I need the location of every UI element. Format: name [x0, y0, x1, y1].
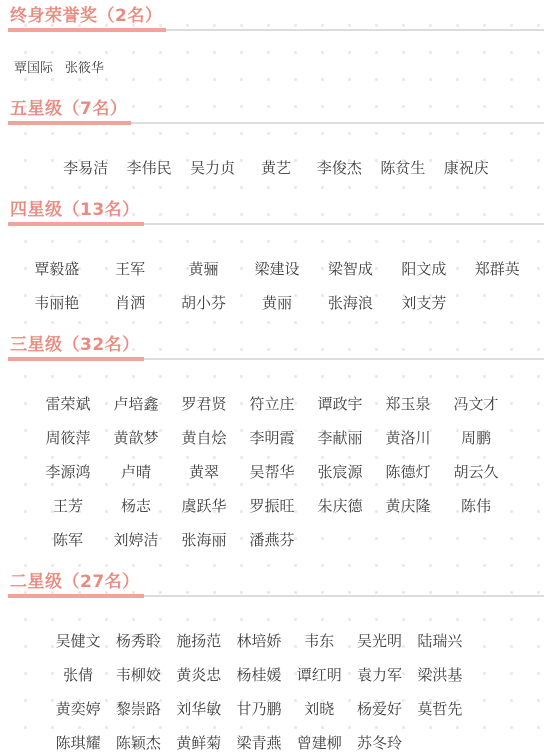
award-list-page: 终身荣誉奖（2名） 覃国际张筱华 五星级（7名） 李易洁李伟民吴力贞黄艺李俊杰陈…: [0, 0, 554, 753]
member-name: 覃国际: [14, 60, 53, 77]
member-name: 张海丽: [170, 531, 238, 550]
name-list: 吴健文杨秀聆施扬范林培娇韦东吴光明陆瑞兴张倩韦柳姣黄炎忠杨桂媛谭红明袁力军梁洪基…: [8, 632, 546, 753]
member-name: 陈军: [34, 531, 102, 550]
member-name: 陈伟: [442, 497, 510, 516]
section-heading: 五星级（7名）: [8, 101, 546, 125]
member-name: 潘燕芬: [238, 531, 306, 550]
member-name: 谭红明: [289, 666, 349, 685]
member-name: 黄洛川: [374, 429, 442, 448]
member-name: 康祝庆: [435, 159, 498, 178]
member-name: 黄骊: [167, 260, 240, 279]
member-name: 施扬范: [169, 632, 229, 651]
member-name: 黄翠: [170, 463, 238, 482]
section-heading: 二星级（27名）: [8, 574, 546, 598]
member-name: 罗振旺: [238, 497, 306, 516]
member-name: 袁力军: [349, 666, 409, 685]
member-name: 李伟民: [117, 159, 180, 178]
member-name: 罗君贤: [170, 395, 238, 414]
name-list: 覃毅盛王军黄骊梁建设梁智成阳文成郑群英韦丽艳肖洒胡小芬黄丽张海浪刘支芳: [8, 260, 546, 313]
member-name: 吴帮华: [238, 463, 306, 482]
member-name: 王军: [93, 260, 166, 279]
award-section: 三星级（32名） 雷荣斌卢培鑫罗君贤符立庄谭政宇郑玉泉冯文才周筱萍黄歆梦黄自烩李…: [8, 337, 546, 550]
member-name: 刘支芳: [387, 294, 460, 313]
member-name: 阳文成: [387, 260, 460, 279]
member-name: 黄自烩: [170, 429, 238, 448]
member-name: 郑群英: [461, 260, 534, 279]
member-name: 黄奕婷: [48, 700, 108, 719]
member-name: 梁建设: [240, 260, 313, 279]
section-divider-line: [144, 223, 544, 225]
member-name: 杨志: [102, 497, 170, 516]
member-name: 冯文才: [442, 395, 510, 414]
award-section: 二星级（27名） 吴健文杨秀聆施扬范林培娇韦东吴光明陆瑞兴张倩韦柳姣黄炎忠杨桂媛…: [8, 574, 546, 753]
member-name: 黄歆梦: [102, 429, 170, 448]
member-name: 陈贫生: [371, 159, 434, 178]
member-name: 梁智成: [314, 260, 387, 279]
member-name: 黄鲜菊: [169, 734, 229, 753]
section-title-text: 终身荣誉奖（2名）: [8, 6, 166, 32]
member-name: 张海浪: [314, 294, 387, 313]
member-name: 黄丽: [240, 294, 313, 313]
member-name: 陈琪耀: [48, 734, 108, 753]
section-divider-line: [144, 358, 544, 360]
member-name: 周筱萍: [34, 429, 102, 448]
member-name: 莫哲先: [410, 700, 470, 719]
section-title-text: 二星级（27名）: [8, 572, 144, 598]
section-title-text: 四星级（13名）: [8, 200, 144, 226]
member-name: 胡小芬: [167, 294, 240, 313]
section-divider-line: [144, 595, 544, 597]
section-heading: 三星级（32名）: [8, 337, 546, 361]
member-name: 雷荣斌: [34, 395, 102, 414]
member-name: 陆瑞兴: [410, 632, 470, 651]
member-name: 胡云久: [442, 463, 510, 482]
member-name: 卢培鑫: [102, 395, 170, 414]
member-name: 张宸源: [306, 463, 374, 482]
member-name: 韦东: [289, 632, 349, 651]
member-name: 陈德灯: [374, 463, 442, 482]
member-name: 刘晓: [289, 700, 349, 719]
member-name: 李俊杰: [308, 159, 371, 178]
member-name: 谭政宇: [306, 395, 374, 414]
member-name: 陈颖杰: [108, 734, 168, 753]
member-name: 卢晴: [102, 463, 170, 482]
sections-root: 终身荣誉奖（2名） 覃国际张筱华 五星级（7名） 李易洁李伟民吴力贞黄艺李俊杰陈…: [8, 8, 546, 753]
section-heading: 终身荣誉奖（2名）: [8, 8, 546, 32]
member-name: 王芳: [34, 497, 102, 516]
member-name: 韦柳姣: [108, 666, 168, 685]
member-name: 梁洪基: [410, 666, 470, 685]
member-name: 杨爱好: [349, 700, 409, 719]
section-title-text: 五星级（7名）: [8, 99, 131, 125]
member-name: 曾建柳: [289, 734, 349, 753]
section-divider-line: [166, 29, 544, 31]
section-title-text: 三星级（32名）: [8, 335, 144, 361]
member-name: 杨秀聆: [108, 632, 168, 651]
member-name: 郑玉泉: [374, 395, 442, 414]
member-name: 黄艺: [244, 159, 307, 178]
member-name: 朱庆德: [306, 497, 374, 516]
member-name: 张倩: [48, 666, 108, 685]
section-heading: 四星级（13名）: [8, 202, 546, 226]
member-name: 吴健文: [48, 632, 108, 651]
name-list: 李易洁李伟民吴力贞黄艺李俊杰陈贫生康祝庆: [8, 159, 546, 178]
member-name: 李献丽: [306, 429, 374, 448]
name-list: 覃国际张筱华: [8, 60, 546, 77]
section-divider-line: [131, 122, 544, 124]
member-name: 李源鸿: [34, 463, 102, 482]
member-name: 周鹏: [442, 429, 510, 448]
member-name: 梁青燕: [229, 734, 289, 753]
member-name: 符立庄: [238, 395, 306, 414]
member-name: 覃毅盛: [20, 260, 93, 279]
member-name: 林培娇: [229, 632, 289, 651]
member-name: 虞跃华: [170, 497, 238, 516]
name-list: 雷荣斌卢培鑫罗君贤符立庄谭政宇郑玉泉冯文才周筱萍黄歆梦黄自烩李明霞李献丽黄洛川周…: [8, 395, 546, 550]
member-name: 吴力贞: [181, 159, 244, 178]
member-name: 黄庆隆: [374, 497, 442, 516]
member-name: 刘华敏: [169, 700, 229, 719]
award-section: 四星级（13名） 覃毅盛王军黄骊梁建设梁智成阳文成郑群英韦丽艳肖洒胡小芬黄丽张海…: [8, 202, 546, 313]
member-name: 黎崇路: [108, 700, 168, 719]
award-section: 终身荣誉奖（2名） 覃国际张筱华: [8, 8, 546, 77]
member-name: 杨桂媛: [229, 666, 289, 685]
member-name: 张筱华: [65, 60, 104, 77]
member-name: 吴光明: [349, 632, 409, 651]
member-name: 甘乃鹏: [229, 700, 289, 719]
member-name: 苏冬玲: [349, 734, 409, 753]
member-name: 李明霞: [238, 429, 306, 448]
member-name: 黄炎忠: [169, 666, 229, 685]
member-name: 肖洒: [93, 294, 166, 313]
member-name: 李易洁: [54, 159, 117, 178]
member-name: 韦丽艳: [20, 294, 93, 313]
member-name: 刘婷洁: [102, 531, 170, 550]
award-section: 五星级（7名） 李易洁李伟民吴力贞黄艺李俊杰陈贫生康祝庆: [8, 101, 546, 178]
